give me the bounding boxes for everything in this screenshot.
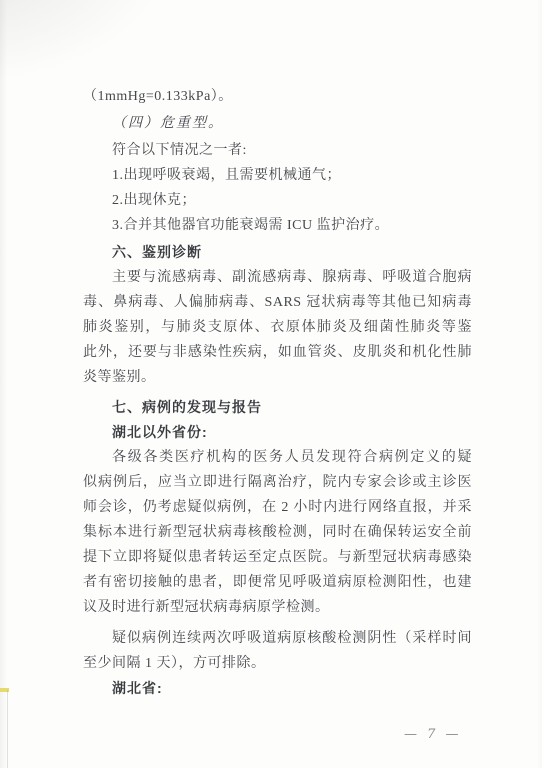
body-line: 者有密切接触的患者，即便常见呼吸道病原检测阳性，也建 <box>83 570 472 595</box>
page-number: — 7 — <box>404 727 462 742</box>
subsection-heading: （四）危重型。 <box>83 111 472 136</box>
list-item-line: 1.出现呼吸衰竭，且需要机械通气； <box>83 163 472 188</box>
body-line: 提下立即将疑似患者转运至定点医院。与新型冠状病毒感染 <box>83 545 472 570</box>
list-item-line: 3.合并其他器官功能衰竭需 ICU 监护治疗。 <box>83 213 472 238</box>
body-line: 此外，还要与非感染性疾病，如血管炎、皮肌炎和机化性肺 <box>83 340 472 365</box>
document-text-block: （1mmHg=0.133kPa）。 （四）危重型。 符合以下情况之一者: 1.出… <box>83 84 472 701</box>
scanned-document-page: （1mmHg=0.133kPa）。 （四）危重型。 符合以下情况之一者: 1.出… <box>0 0 542 768</box>
body-line: 师会诊，仍考虑疑似病例，在 2 小时内进行网络直报，并采 <box>83 495 472 520</box>
body-line: 肺炎鉴别，与肺炎支原体、衣原体肺炎及细菌性肺炎等鉴别。 <box>83 315 472 340</box>
body-line: 各级各类医疗机构的医务人员发现符合病例定义的疑 <box>83 445 472 470</box>
body-line: 议及时进行新型冠状病毒病原学检测。 <box>83 595 472 620</box>
body-line: 主要与流感病毒、副流感病毒、腺病毒、呼吸道合胞病 <box>83 265 472 290</box>
body-line: 至少间隔 1 天），方可排除。 <box>83 651 472 676</box>
body-line: 似病例后，应当立即进行隔离治疗，院内专家会诊或主诊医 <box>83 470 472 495</box>
list-item-line: 2.出现休克； <box>83 188 472 213</box>
subsection-heading: 湖北省: <box>83 676 472 701</box>
subsection-heading: 湖北以外省份: <box>83 420 472 445</box>
body-line: （1mmHg=0.133kPa）。 <box>83 84 472 109</box>
section-heading: 六、鉴别诊断 <box>83 240 472 265</box>
section-heading: 七、病例的发现与报告 <box>83 395 472 420</box>
scan-edge-line <box>7 690 8 768</box>
body-line: 毒、鼻病毒、人偏肺病毒、SARS 冠状病毒等其他已知病毒性 <box>83 290 472 315</box>
body-line: 炎等鉴别。 <box>83 365 472 390</box>
body-line: 符合以下情况之一者: <box>83 138 472 163</box>
body-line: 集标本进行新型冠状病毒核酸检测，同时在确保转运安全前 <box>83 520 472 545</box>
body-line: 疑似病例连续两次呼吸道病原核酸检测阴性（采样时间 <box>83 626 472 651</box>
